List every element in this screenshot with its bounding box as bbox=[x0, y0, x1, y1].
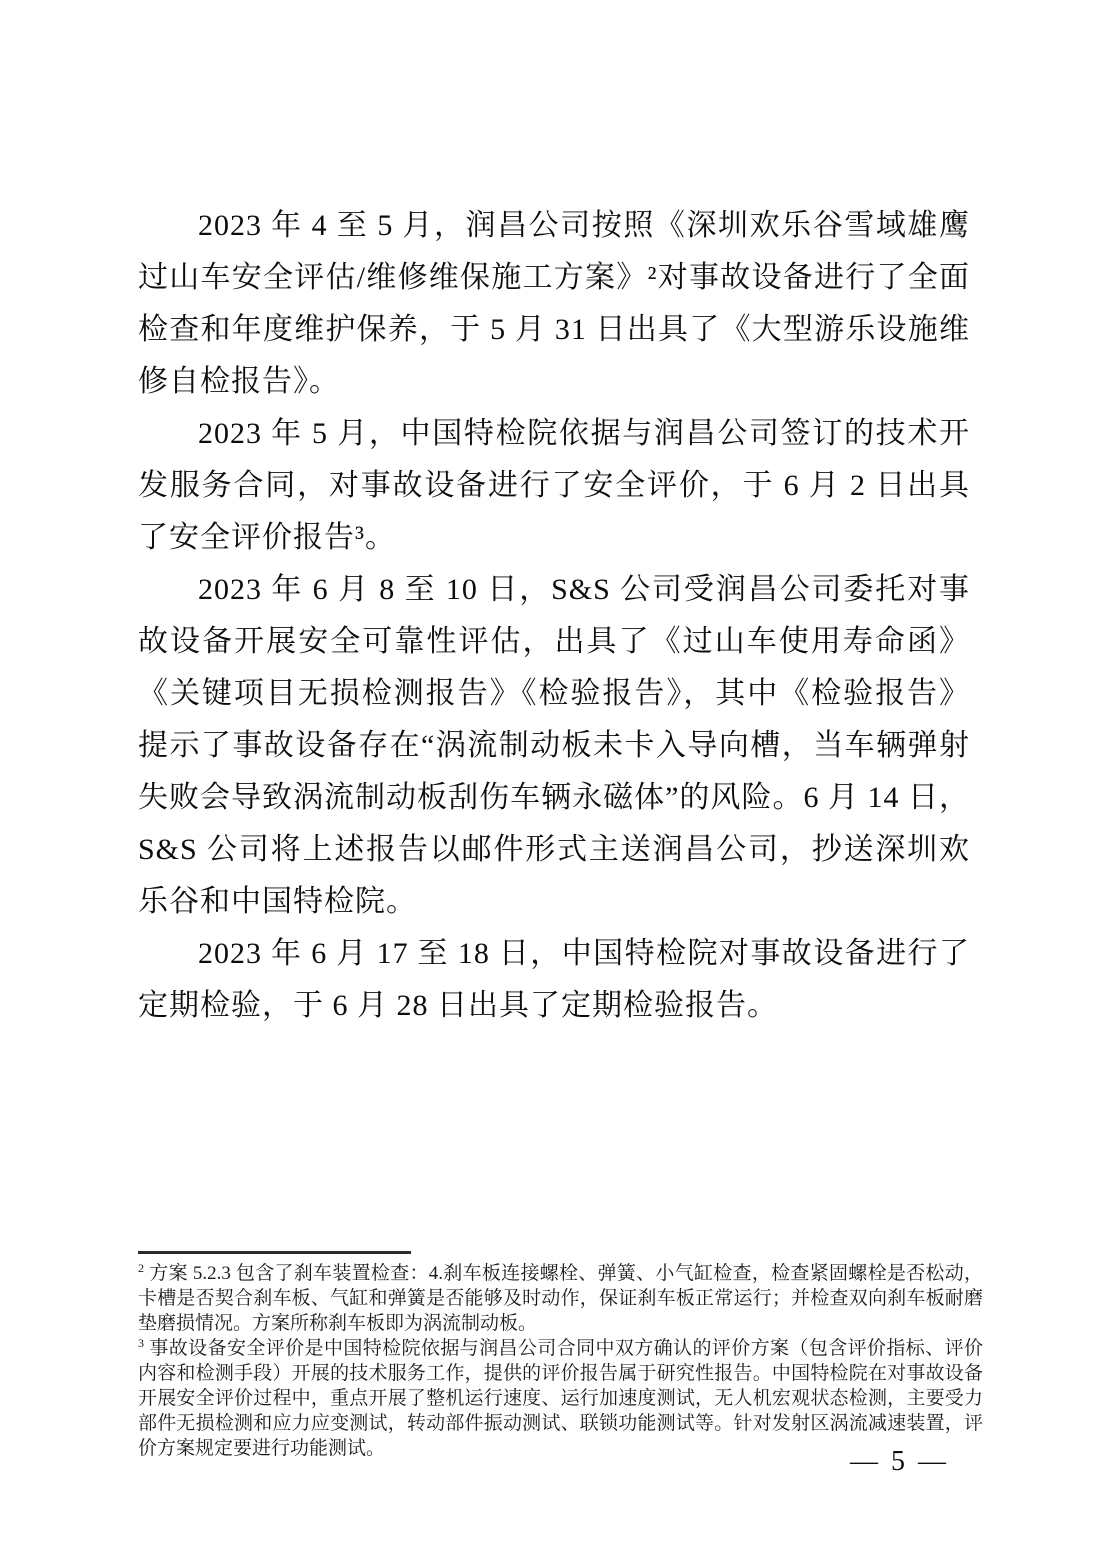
footnote-3-marker: 3 bbox=[138, 1336, 144, 1350]
footnote-2-marker: 2 bbox=[138, 1261, 144, 1275]
footnotes: 2方案 5.2.3 包含了刹车装置检查：4.刹车板连接螺栓、弹簧、小气缸检查，检… bbox=[138, 1261, 983, 1461]
footnote-separator bbox=[138, 1251, 411, 1254]
footnote-2-text: 方案 5.2.3 包含了刹车装置检查：4.刹车板连接螺栓、弹簧、小气缸检查，检查… bbox=[138, 1263, 983, 1334]
paragraph-2: 2023 年 5 月，中国特检院依据与润昌公司签订的技术开发服务合同，对事故设备… bbox=[138, 408, 970, 564]
document-page: 2023 年 4 至 5 月，润昌公司按照《深圳欢乐谷雪域雄鹰过山车安全评估/维… bbox=[0, 0, 1102, 1559]
paragraph-1: 2023 年 4 至 5 月，润昌公司按照《深圳欢乐谷雪域雄鹰过山车安全评估/维… bbox=[138, 200, 970, 408]
page-number: — 5 — bbox=[850, 1446, 949, 1478]
footnote-3-text: 事故设备安全评价是中国特检院依据与润昌公司合同中双方确认的评价方案（包含评价指标… bbox=[138, 1338, 983, 1459]
paragraph-4: 2023 年 6 月 17 至 18 日，中国特检院对事故设备进行了定期检验，于… bbox=[138, 928, 970, 1032]
document-body: 2023 年 4 至 5 月，润昌公司按照《深圳欢乐谷雪域雄鹰过山车安全评估/维… bbox=[138, 200, 970, 1032]
footnote-3: 3事故设备安全评价是中国特检院依据与润昌公司合同中双方确认的评价方案（包含评价指… bbox=[138, 1336, 983, 1461]
paragraph-3: 2023 年 6 月 8 至 10 日，S&S 公司受润昌公司委托对事故设备开展… bbox=[138, 564, 970, 928]
footnote-2: 2方案 5.2.3 包含了刹车装置检查：4.刹车板连接螺栓、弹簧、小气缸检查，检… bbox=[138, 1261, 983, 1336]
